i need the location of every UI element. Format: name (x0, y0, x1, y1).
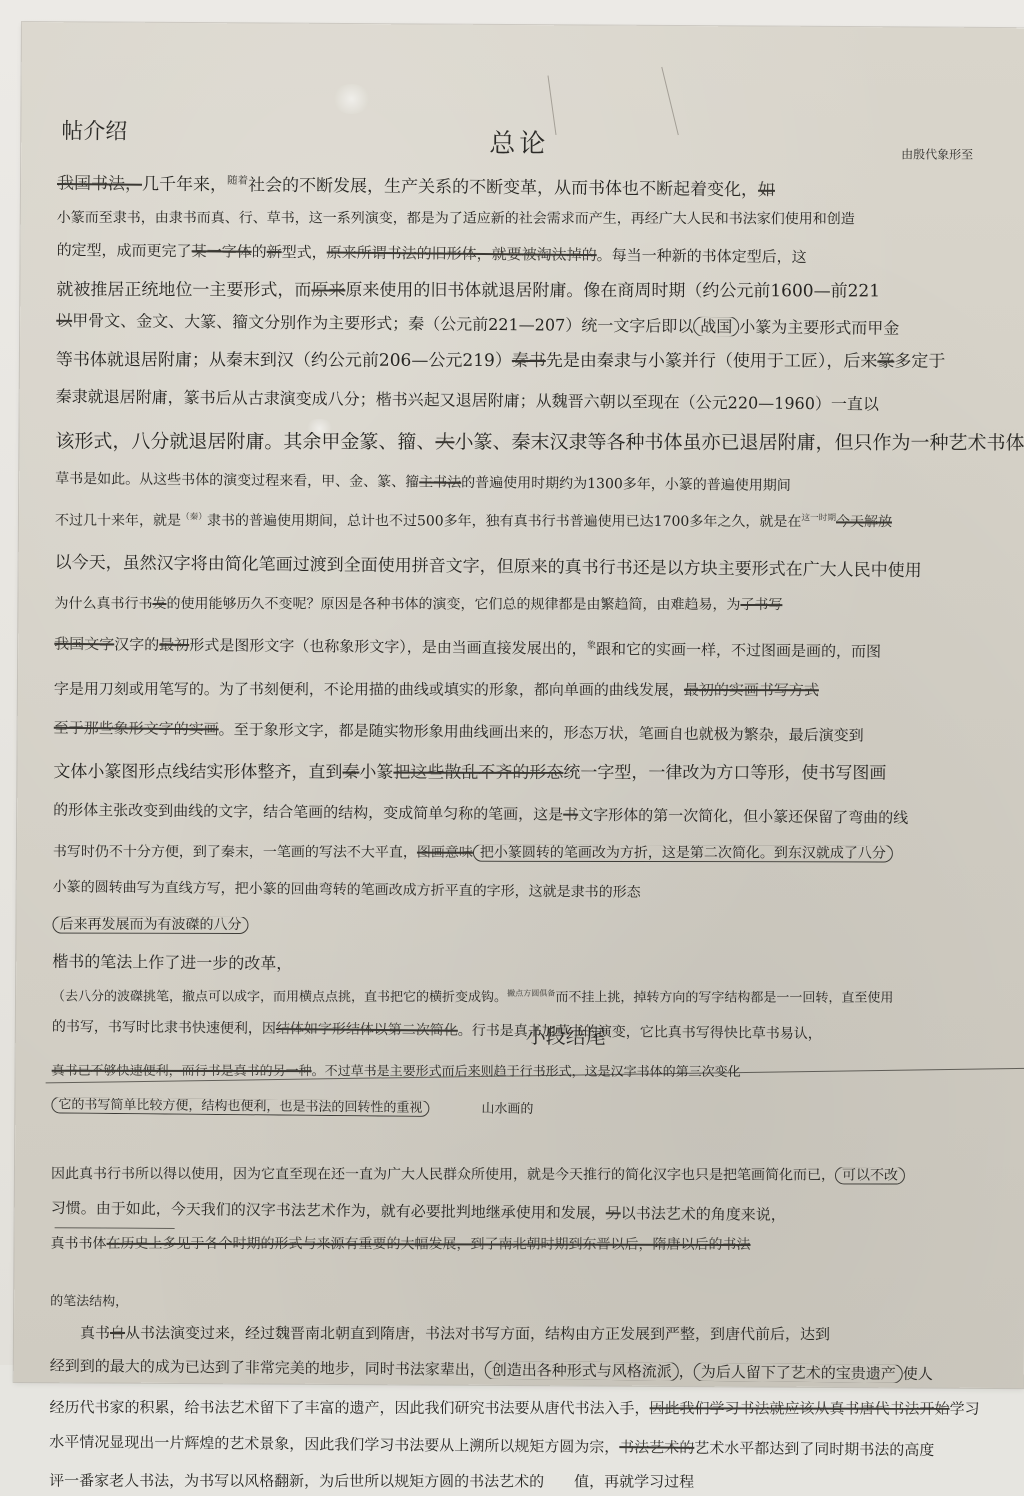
line-text: 文体小篆图形点线结实形体整齐，直到 (53, 762, 342, 783)
line-text: 真书 (50, 1324, 110, 1342)
line-text: 经到到的最大的成为已达到了非常完美的地步，同时书法家辈出， (50, 1357, 485, 1365)
line-text: 就被推居正统地位一主要形式，而 (56, 280, 311, 300)
paper-crease (661, 67, 678, 135)
struck-through-text: 原来 (311, 280, 345, 300)
manuscript-line: 该形式，八分就退居附庸。其余甲金篆、籀、大小篆、秦末汉隶等各种书体虽亦已退居附庸… (55, 430, 1024, 455)
struck-through-text: 解放 (864, 514, 892, 530)
line-text: 。不过草书是主要形式而后来则趋于行书形式，这是汉字书体的第三次变化 (312, 1064, 741, 1080)
circled-insertion: 可以不改 (835, 1166, 905, 1184)
manuscript-line: 不过几十来年，就是（秦）隶书的普遍使用期间，总计也不过500多年，独有真书行书普… (55, 512, 892, 531)
line-text: 等书体就退居附庸；从秦末到汉（约公元前206—公元219） (56, 350, 512, 371)
line-text: 字是用刀刻或用笔写的。为了书刻便利，不论用描的曲线或填实的形象，都向单画的曲线发… (54, 680, 684, 699)
struck-through-text: 主书法 (419, 474, 461, 490)
line-text: 甲骨文、金文、大篆、籀文分别作为主要形式；秦（公元前221—207）统一文字后即… (72, 311, 693, 336)
struck-through-text: 了书写 (740, 597, 782, 613)
manuscript-line: 的形体主张改变到曲线的文字，结合笔画的结构，变成简单匀称的笔画，这是书文字形体的… (53, 801, 908, 827)
manuscript-line: 小篆而至隶书，由隶书而真、行、草书，这一系列演变，都是为了适应新的社会需求而产生… (57, 210, 855, 228)
manuscript-line: 文体小篆图形点线结实形体整齐，直到秦小篆把这些散乱不齐的形态统一字型，一律改为方… (53, 762, 886, 784)
inserted-annotation: 撇点方圆俱备 (507, 989, 555, 998)
line-text: 为什么真书行书 (54, 596, 152, 612)
manuscript-line: 的书写，书写时比隶书快速便利，因结体如字形结体以第二次简化。行书是真书加草书的演… (52, 1019, 822, 1043)
manuscript-line: 真书自从书法演变过来，经过魏晋南北朝直到隋唐，书法对书写方面，结构由方正发展到严… (50, 1324, 830, 1343)
line-text: 的 (252, 243, 267, 261)
struck-through-text: 今天 (836, 514, 864, 530)
line-text: （去八分的波磔挑笔，撤点可以成字，而用横点点挑，直书把它的横折变成钩。 (52, 989, 507, 1005)
line-text: 的书写，书写时比隶书快速便利，因 (52, 1019, 276, 1037)
photo-glare (331, 84, 371, 114)
manuscript-line: 真书书体在历史上多见于各个时期的形式与来源有重要的大幅发展，到了南北朝时期到东晋… (51, 1236, 751, 1254)
manuscript-line: 后来再发展而为有波磔的八分 (52, 917, 248, 934)
circled-insertion: 战国 (693, 316, 739, 337)
struck-through-text: 在历史上多见于各个时期的形式与来源有重要的大幅发展，到了南北朝时期到东晋以后，隋… (107, 1236, 751, 1253)
line-text: 从书法演变过来，经过魏晋南北朝直到隋唐，书法对书写方面，结构由方正发展到严整，到… (125, 1324, 830, 1343)
struck-through-text: 自 (110, 1324, 125, 1342)
struck-through-text: 至于那些象形文字的实画 (54, 719, 219, 739)
inserted-annotation: 这一时期 (801, 513, 836, 523)
circled-insertion: 创造出各种形式与风格流派 (485, 1360, 679, 1365)
line-text: 书写时仍不十分方便，到了秦末，一笔画的写法不大平直， (53, 844, 417, 861)
line-text: 形式是图形文字（也称象形文字），是由当画直接发展出的， (189, 636, 587, 658)
line-text: 小篆为主要形式而甲金 (739, 317, 899, 338)
struck-through-text: 书 (563, 806, 578, 824)
manuscript-line: 我国书法，几千年来，随着社会的不断发展，生产关系的不断变革，从而书体也不断起着变… (57, 173, 775, 201)
inserted-annotation: 象 (587, 640, 596, 651)
manuscript-line: 以今天，虽然汉字将由简化笔画过渡到全面使用拼音文字，但原来的真书行书还是以方块主… (55, 553, 922, 582)
struck-through-text: 大 (435, 431, 454, 453)
line-text: 因此真书行书所以得以使用，因为它直至现在还一直为广大人民群众所使用，就是今天推行… (51, 1166, 835, 1183)
manuscript-line: 字是用刀刻或用笔写的。为了书刻便利，不论用描的曲线或填实的形象，都向单画的曲线发… (54, 680, 819, 699)
line-text: 型式， (282, 243, 327, 261)
line-text: 小篆而至隶书，由隶书而真、行、草书，这一系列演变，都是为了适应新的社会需求而产生… (57, 210, 855, 227)
manuscript-line: 的定型，成而更完了某一字体的新型式，原来所谓书法的旧形体，就要被淘汰掉的。每当一… (57, 241, 807, 266)
manuscript-line: 因此真书行书所以得以使用，因为它直至现在还一直为广大人民群众所使用，就是今天推行… (51, 1166, 905, 1184)
line-text: 不过几十来年，就是 (55, 513, 181, 529)
manuscript-sheet: 帖介绍 总论 由殷代象形至 小段结尾 我国书法，几千年来，随着社会的不断发展，生… (14, 22, 1024, 1365)
struck-through-text: 把这些散乱不齐的形态 (393, 763, 563, 783)
struck-through-text: 真书已不够快速便利，而行书是真书的另一种 (52, 1064, 312, 1079)
line-text: 以书法艺术的角度来说， (621, 1204, 786, 1224)
struck-through-text: 结体如字形结体以第二次简化 (276, 1021, 458, 1039)
line-text: 汉字的 (114, 635, 159, 653)
line-text: 隶书的普遍使用期间，总计也不过500多年，独有真书行书普遍使用已达1700多年之… (207, 513, 801, 530)
circled-insertion: 把小篆圆转的笔画改为方折，这是第二次简化。到东汉就成了八分 (473, 844, 893, 862)
line-text: 小篆的圆转曲写为直线方写，把小篆的回曲弯转的笔画改成方折平直的字形，这就是隶书的… (53, 879, 641, 901)
line-text: 山水画的 (429, 1101, 533, 1117)
line-text: 的笔法结构， (50, 1294, 128, 1310)
line-text: 统一字型，一律改为方口等形，使书写图画 (563, 763, 886, 784)
manuscript-line: 以甲骨文、金文、大篆、籀文分别作为主要形式；秦（公元前221—207）统一文字后… (56, 311, 899, 338)
inserted-annotation: （秦） (181, 512, 207, 522)
line-text: 像在商周时期（约公元前1600—前221 (583, 281, 880, 302)
line-text: 社会的不断发展，生产关系的不断变革，从而书体也不断起着变化， (248, 175, 758, 200)
line-text: 。行书是真书加草书的演变，它比真书写得快比草书易认， (458, 1023, 822, 1042)
line-text: 而不挂上挑，掉转方向的写字结构都是一一回转，直至使用 (555, 990, 893, 1006)
manuscript-line: 草书是如此。从这些书体的演变过程来看，甲、金、篆、籀主书法的普遍使用时期约为13… (55, 471, 791, 495)
manuscript-line: 它的书写简单比较方便，结构也便利，也是书法的回转性的重视 山水画的 (51, 1097, 533, 1117)
manuscript-body: 我国书法，几千年来，随着社会的不断发展，生产关系的不断变革，从而书体也不断起着变… (57, 174, 1024, 180)
line-text: 原来使用的旧书体就退居附庸。 (345, 281, 583, 301)
struck-through-text: 秦 (342, 763, 359, 783)
circled-insertion: 后来再发展而为有波磔的八分 (52, 917, 248, 934)
line-text: 秦隶就退居附庸，篆书后从古隶演变成八分；楷书兴起又退居附庸；从魏晋六朝以至现在（… (56, 387, 879, 414)
line-text: 的普遍使用时期约为1300多年，小篆的普遍使用期间 (461, 475, 791, 494)
top-right-margin-note: 由殷代象形至 (901, 145, 973, 162)
manuscript-line: 就被推居正统地位一主要形式，而原来原来使用的旧书体就退居附庸。像在商周时期（约公… (56, 280, 880, 302)
line-text: 几千年来， (142, 174, 227, 195)
circled-insertion: 它的书写简单比较方便，结构也便利，也是书法的回转性的重视 (51, 1097, 429, 1117)
line-text: 跟和它的实画一样，不过图画是画的，而图 (596, 640, 881, 661)
manuscript-line: 小篆的圆转曲写为直线方写，把小篆的回曲弯转的笔画改成方折平直的字形，这就是隶书的… (53, 879, 641, 901)
line-text: 楷书的笔法上作了进一步的改革， (52, 952, 292, 973)
line-text: 。每当一种新的书体定型后，这 (597, 246, 807, 266)
line-text: 文字形体的第一次简化，但小篆还保留了弯曲的线 (578, 806, 908, 827)
line-text: 真书书体 (51, 1236, 107, 1252)
manuscript-line: （去八分的波磔挑笔，撤点可以成字，而用横点点挑，直书把它的横折变成钩。撇点方圆俱… (52, 988, 893, 1006)
line-text: 小篆、秦末汉隶等各种书体虽亦已退居附庸，但只作为一种艺术书体存在着， (454, 431, 1024, 454)
struck-through-text: 图画意味 (417, 845, 473, 861)
struck-through-text: 发 (152, 596, 166, 612)
section-divider-line (55, 1227, 175, 1229)
manuscript-line: 为什么真书行书发的使用能够历久不变呢？原因是各种书体的演变，它们总的规律都是由繁… (54, 596, 782, 614)
manuscript-line: 至于那些象形文字的实画。至于象形文字，都是随实物形象用曲线画出来的，形态万状，笔… (54, 719, 864, 745)
line-text: 多定于 (894, 352, 945, 372)
line-text: 先是由秦隶与小篆并行（使用于工匠），后来 (546, 351, 878, 372)
struck-through-text: 秦书 (512, 351, 546, 371)
manuscript-line: 秦隶就退居附庸，篆书后从古隶演变成八分；楷书兴起又退居附庸；从魏晋六朝以至现在（… (56, 387, 879, 414)
top-left-margin-note: 帖介绍 (61, 114, 127, 145)
line-text: 习惯。由于如此，今天我们的汉字书法艺术作为，就有必要批判地继承使用和发展， (51, 1199, 606, 1222)
struck-through-text: 以 (56, 311, 72, 330)
struck-through-text: 我国书法， (57, 174, 142, 195)
struck-through-text: 篆 (877, 352, 894, 372)
line-text: 小篆 (359, 763, 393, 783)
line-text: 。至于象形文字，都是随实物形象用曲线画出来的，形态万状，笔画自也就极为繁杂，最后… (219, 720, 864, 744)
manuscript-line: 习惯。由于如此，今天我们的汉字书法艺术作为，就有必要批判地继承使用和发展，另以书… (51, 1199, 786, 1224)
line-text: 该形式，八分就退居附庸。其余甲金篆、籀、 (55, 430, 435, 453)
struck-through-text: 原来所谓书法的旧形体，就要被淘汰掉的 (327, 243, 597, 264)
struck-through-text: 最初 (159, 636, 189, 654)
manuscript-line: 的笔法结构， (50, 1294, 128, 1310)
manuscript-line: 经到到的最大的成为已达到了非常完美的地步，同时书法家辈出，创造出各种形式与风格流… (50, 1357, 933, 1365)
struck-through-text: 新 (267, 243, 282, 261)
line-text: 草书是如此。从这些书体的演变过程来看，甲、金、篆、籀 (55, 471, 419, 490)
struck-through-text: 另 (606, 1204, 621, 1222)
line-text: 的形体主张改变到曲线的文字，结合笔画的结构，变成简单匀称的笔画，这是 (53, 801, 563, 824)
struck-through-text: 某一字体 (192, 242, 252, 261)
manuscript-line: 书写时仍不十分方便，到了秦末，一笔画的写法不大平直，图画意味把小篆圆转的笔画改为… (53, 844, 893, 862)
manuscript-line: 等书体就退居附庸；从秦末到汉（约公元前206—公元219）秦书先是由秦隶与小篆并… (56, 350, 945, 372)
struck-through-text: 我国文字 (54, 635, 114, 654)
struck-through-text: 如 (758, 180, 775, 200)
line-text: 的使用能够历久不变呢？原因是各种书体的演变，它们总的规律都是由繁趋简，由难趋易，… (166, 596, 740, 613)
line-text: 的定型，成而更完了 (57, 241, 192, 260)
manuscript-line: 真书已不够快速便利，而行书是真书的另一种。不过草书是主要形式而后来则趋于行书形式… (52, 1064, 741, 1081)
inserted-annotation: 随着 (227, 175, 248, 187)
line-text: 以今天，虽然汉字将由简化笔画过渡到全面使用拼音文字，但原来的真书行书还是以方块主… (55, 553, 922, 581)
document-title: 总论 (489, 123, 549, 160)
manuscript-line: 楷书的笔法上作了进一步的改革， (52, 952, 292, 973)
manuscript-line: 我国文字汉字的最初形式是图形文字（也称象形文字），是由当画直接发展出的，象跟和它… (54, 635, 881, 661)
struck-through-text: 最初的实画书写方式 (684, 681, 819, 699)
